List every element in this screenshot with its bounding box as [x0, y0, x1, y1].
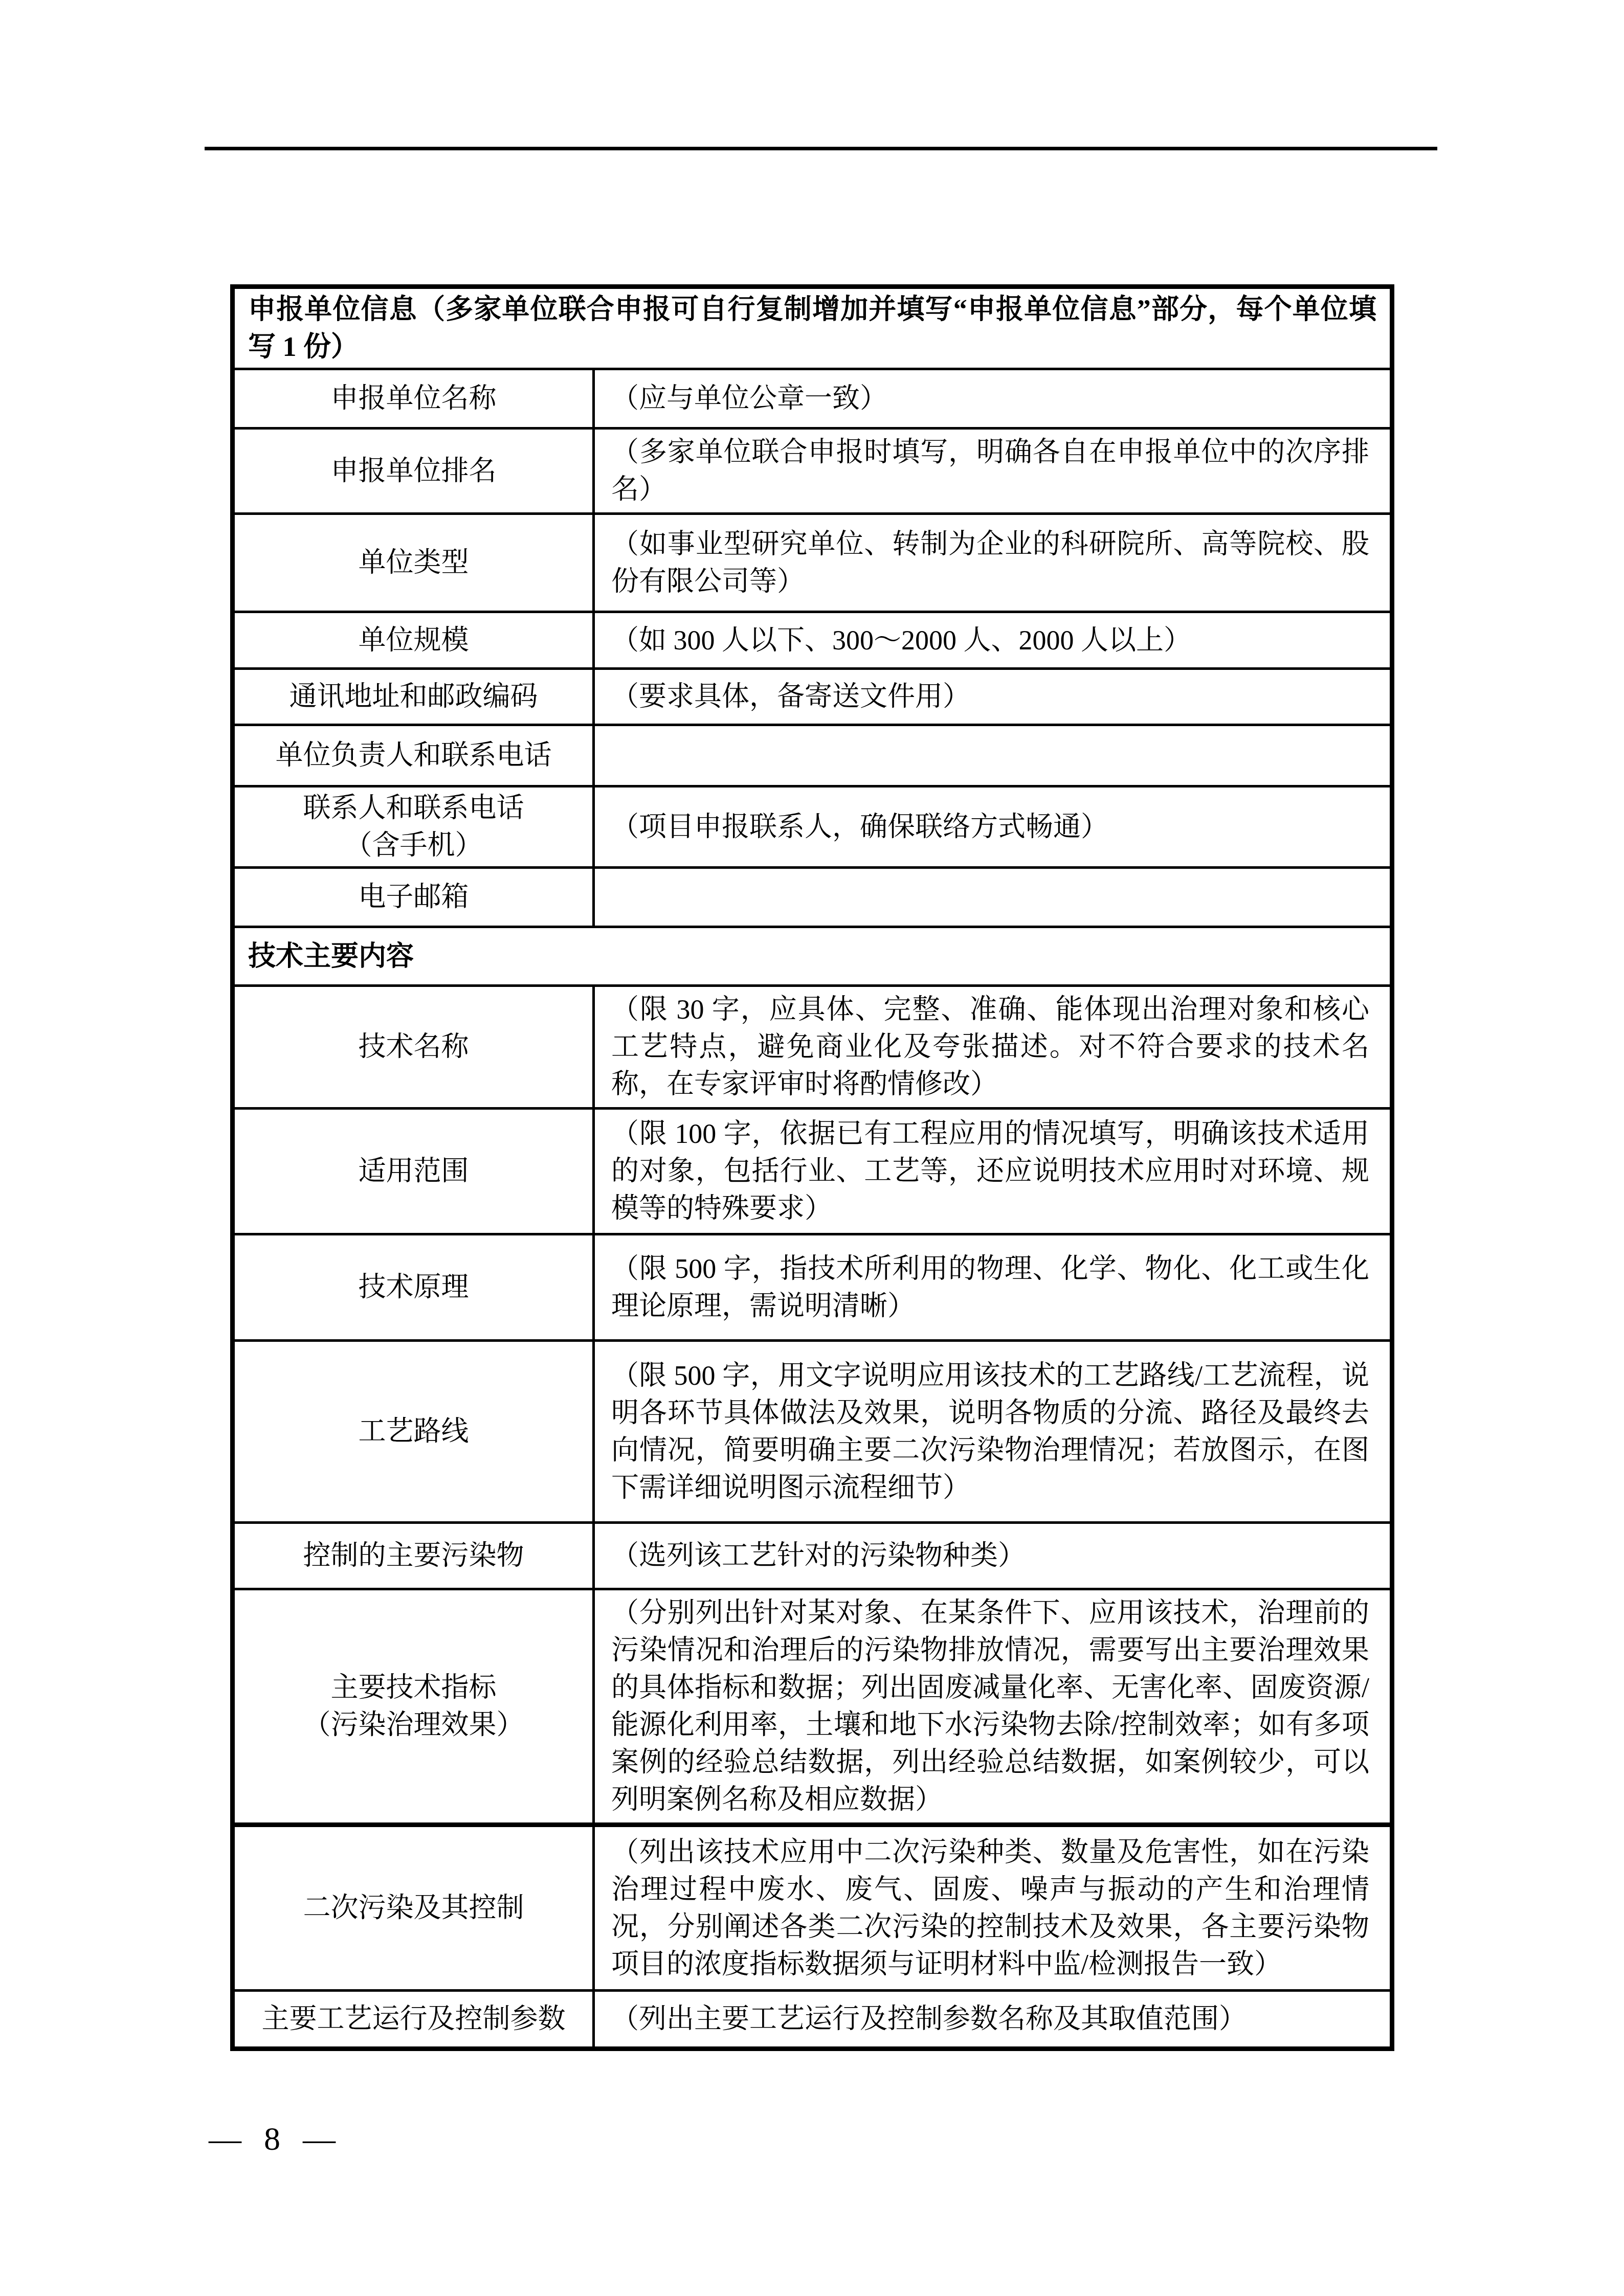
unit-scale-label: 单位规模	[233, 612, 594, 669]
contact-person-phone-label: 联系人和联系电话 （含手机）	[233, 786, 594, 868]
main-technical-indicators-label: 主要技术指标 （污染治理效果）	[233, 1589, 594, 1825]
application-scope-label: 适用范围	[233, 1109, 594, 1234]
tech-name-hint: （限 30 字，应具体、完整、准确、能体现出治理对象和核心工艺特点，避免商业化及…	[594, 986, 1392, 1109]
table-row: 通讯地址和邮政编码 （要求具体，备寄送文件用）	[233, 669, 1392, 725]
application-scope-hint: （限 100 字，依据已有工程应用的情况填写，明确该技术适用的对象，包括行业、工…	[594, 1109, 1392, 1234]
secondary-pollution-control-label: 二次污染及其控制	[233, 1825, 594, 1991]
table-row: 单位规模 （如 300 人以下、300～2000 人、2000 人以上）	[233, 612, 1392, 669]
table-row: 申报单位信息（多家单位联合申报可自行复制增加并填写“申报单位信息”部分，每个单位…	[233, 287, 1392, 369]
table-row: 联系人和联系电话 （含手机） （项目申报联系人，确保联络方式畅通）	[233, 786, 1392, 868]
secondary-pollution-control-hint: （列出该技术应用中二次污染种类、数量及危害性，如在污染治理过程中废水、废气、固废…	[594, 1825, 1392, 1991]
unit-type-hint: （如事业型研究单位、转制为企业的科研院所、高等院校、股份有限公司等）	[594, 514, 1392, 612]
table-row: 主要工艺运行及控制参数 （列出主要工艺运行及控制参数名称及其取值范围）	[233, 1991, 1392, 2049]
table-row: 控制的主要污染物 （选列该工艺针对的污染物种类）	[233, 1523, 1392, 1589]
table-row: 申报单位排名 （多家单位联合申报时填写，明确各自在申报单位中的次序排名）	[233, 429, 1392, 514]
unit-name-hint: （应与单位公章一致）	[594, 369, 1392, 429]
unit-info-section-header: 申报单位信息（多家单位联合申报可自行复制增加并填写“申报单位信息”部分，每个单位…	[233, 287, 1392, 369]
mailing-address-postcode-hint: （要求具体，备寄送文件用）	[594, 669, 1392, 725]
contact-person-phone-hint: （项目申报联系人，确保联络方式畅通）	[594, 786, 1392, 868]
email-label: 电子邮箱	[233, 868, 594, 927]
table-row: 适用范围 （限 100 字，依据已有工程应用的情况填写，明确该技术适用的对象，包…	[233, 1109, 1392, 1234]
application-form-table: 申报单位信息（多家单位联合申报可自行复制增加并填写“申报单位信息”部分，每个单位…	[230, 284, 1394, 2051]
mailing-address-postcode-label: 通讯地址和邮政编码	[233, 669, 594, 725]
main-pollutants-controlled-label: 控制的主要污染物	[233, 1523, 594, 1589]
unit-ranking-hint: （多家单位联合申报时填写，明确各自在申报单位中的次序排名）	[594, 429, 1392, 514]
technical-principle-label: 技术原理	[233, 1234, 594, 1341]
unit-ranking-label: 申报单位排名	[233, 429, 594, 514]
main-process-parameters-label: 主要工艺运行及控制参数	[233, 1991, 594, 2049]
table-row: 主要技术指标 （污染治理效果） （分别列出针对某对象、在某条件下、应用该技术，治…	[233, 1589, 1392, 1825]
tech-name-label: 技术名称	[233, 986, 594, 1109]
main-technical-indicators-hint: （分别列出针对某对象、在某条件下、应用该技术，治理前的污染情况和治理后的污染物排…	[594, 1589, 1392, 1825]
table-row: 二次污染及其控制 （列出该技术应用中二次污染种类、数量及危害性，如在污染治理过程…	[233, 1825, 1392, 1991]
main-pollutants-controlled-hint: （选列该工艺针对的污染物种类）	[594, 1523, 1392, 1589]
table-row: 技术主要内容	[233, 927, 1392, 986]
header-rule	[205, 147, 1437, 150]
table-row: 电子邮箱	[233, 868, 1392, 927]
unit-scale-hint: （如 300 人以下、300～2000 人、2000 人以上）	[594, 612, 1392, 669]
table-row: 技术原理 （限 500 字，指技术所利用的物理、化学、物化、化工或生化理论原理，…	[233, 1234, 1392, 1341]
unit-type-label: 单位类型	[233, 514, 594, 612]
unit-name-label: 申报单位名称	[233, 369, 594, 429]
technical-principle-hint: （限 500 字，指技术所利用的物理、化学、物化、化工或生化理论原理，需说明清晰…	[594, 1234, 1392, 1341]
document-page: 申报单位信息（多家单位联合申报可自行复制增加并填写“申报单位信息”部分，每个单位…	[0, 0, 1624, 2296]
process-route-label: 工艺路线	[233, 1341, 594, 1523]
table-row: 单位负责人和联系电话	[233, 725, 1392, 786]
table-row: 申报单位名称 （应与单位公章一致）	[233, 369, 1392, 429]
page-number: — 8 —	[209, 2120, 343, 2158]
unit-head-phone-value	[594, 725, 1392, 786]
table-row: 单位类型 （如事业型研究单位、转制为企业的科研院所、高等院校、股份有限公司等）	[233, 514, 1392, 612]
table-row: 工艺路线 （限 500 字，用文字说明应用该技术的工艺路线/工艺流程，说明各环节…	[233, 1341, 1392, 1523]
unit-head-phone-label: 单位负责人和联系电话	[233, 725, 594, 786]
tech-content-section-header: 技术主要内容	[233, 927, 1392, 986]
main-process-parameters-hint: （列出主要工艺运行及控制参数名称及其取值范围）	[594, 1991, 1392, 2049]
email-value	[594, 868, 1392, 927]
table-row: 技术名称 （限 30 字，应具体、完整、准确、能体现出治理对象和核心工艺特点，避…	[233, 986, 1392, 1109]
process-route-hint: （限 500 字，用文字说明应用该技术的工艺路线/工艺流程，说明各环节具体做法及…	[594, 1341, 1392, 1523]
